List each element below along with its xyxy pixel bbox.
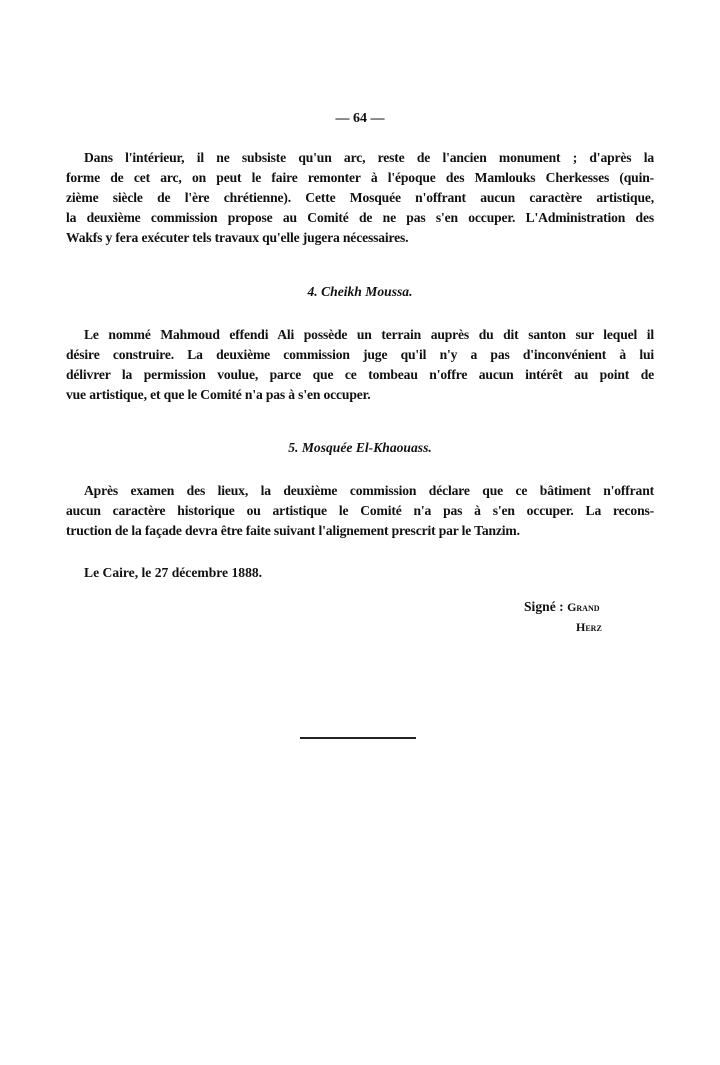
text-line: zième siècle de l'ère chrétienne). Cette… [66, 188, 654, 208]
paragraph-mosquee-el-khaouass: Après examen des lieux, la deuxième comm… [66, 481, 654, 541]
closing-date: Le Caire, le 27 décembre 1888. [84, 565, 262, 581]
signatory-name: Grand [567, 600, 599, 614]
section-heading-mosquee-el-khaouass: 5. Mosquée El-Khaouass. [0, 440, 720, 456]
text-line: Wakfs y fera exécuter tels travaux qu'el… [66, 228, 654, 248]
text-line: Après examen des lieux, la deuxième comm… [66, 481, 654, 501]
text-line: désire construire. La deuxième commissio… [66, 345, 654, 365]
text-line: Dans l'intérieur, il ne subsiste qu'un a… [66, 148, 654, 168]
text-line: forme de cet arc, on peut le faire remon… [66, 168, 654, 188]
paragraph-intro: Dans l'intérieur, il ne subsiste qu'un a… [66, 148, 654, 248]
paragraph-cheikh-moussa: Le nommé Mahmoud effendi Ali possède un … [66, 325, 654, 405]
text-line: Le nommé Mahmoud effendi Ali possède un … [66, 325, 654, 345]
end-rule-divider [300, 737, 416, 739]
text-line: la deuxième commission propose au Comité… [66, 208, 654, 228]
signatory-name: Herz [524, 617, 602, 637]
text-line: délivrer la permission voulue, parce que… [66, 365, 654, 385]
text-line: aucun caractère historique ou artistique… [66, 501, 654, 521]
section-heading-cheikh-moussa: 4. Cheikh Moussa. [0, 284, 720, 300]
text-line: truction de la façade devra être faite s… [66, 521, 654, 541]
text-line: vue artistique, et que le Comité n'a pas… [66, 385, 654, 405]
signature-block: Signé : Grand Herz [524, 597, 602, 637]
signed-label: Signé : [524, 599, 564, 614]
page-number: — 64 — [0, 111, 720, 127]
